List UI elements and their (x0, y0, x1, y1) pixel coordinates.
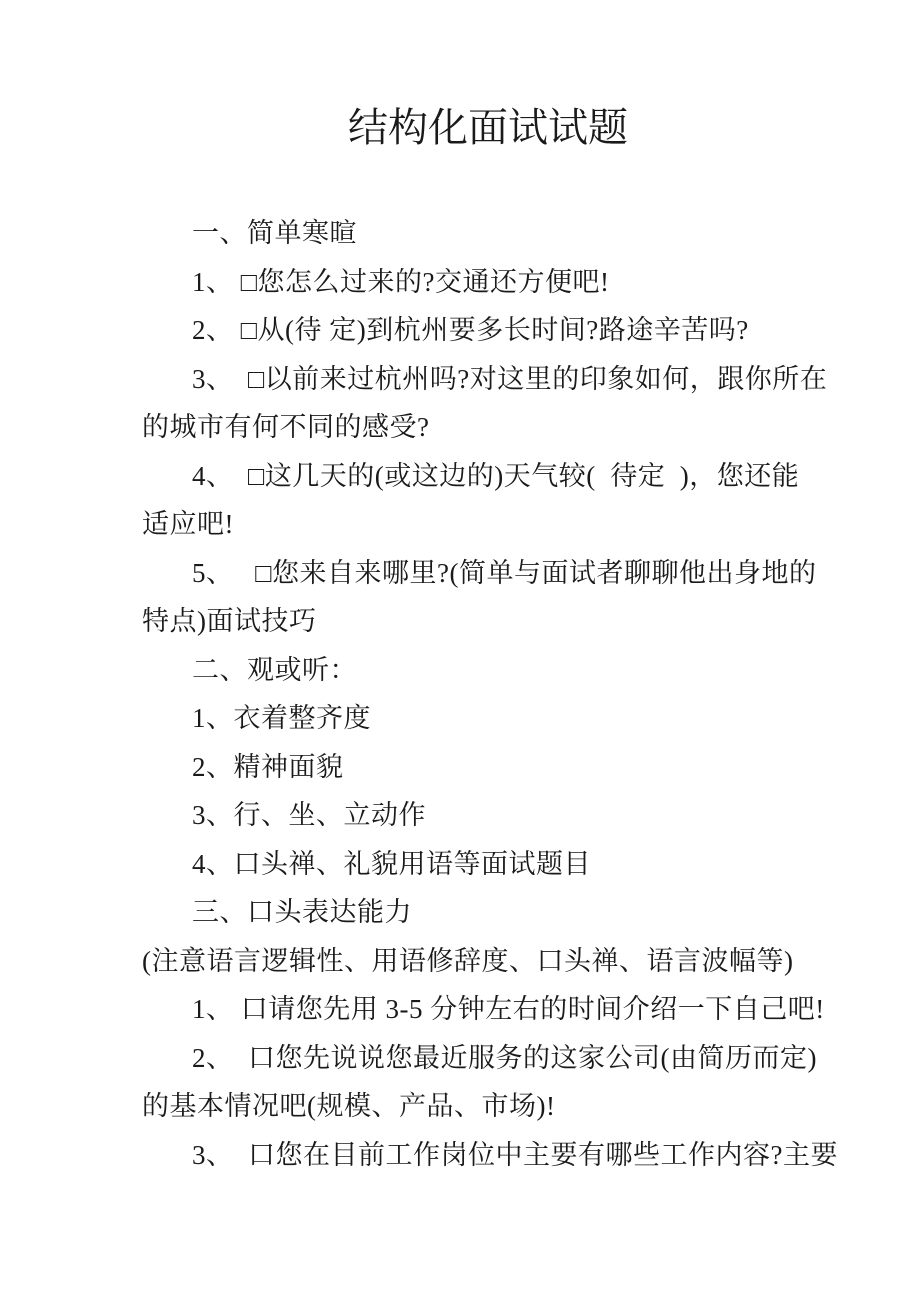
document-line: 1、 □您怎么过来的?交通还方便吧! (142, 258, 882, 307)
document-line: 1、衣着整齐度 (142, 694, 882, 743)
document-line: 2、精神面貌 (142, 743, 882, 792)
document-line: 的城市有何不同的感受? (142, 403, 882, 452)
document-title: 结构化面试试题 (142, 100, 834, 156)
document-line: 1、 口请您先用 3-5 分钟左右的时间介绍一下自己吧! (142, 985, 882, 1034)
document-line: 3、 □以前来过杭州吗?对这里的印象如何，跟你所在 (142, 355, 882, 404)
document-line: 2、 □从(待 定)到杭州要多长时间?路途辛苦吗? (142, 306, 882, 355)
document-line: 4、 □这几天的(或这边的)天气较( 待定 )，您还能 (142, 452, 882, 501)
document-body: 一、简单寒暄1、 □您怎么过来的?交通还方便吧!2、 □从(待 定)到杭州要多长… (142, 209, 882, 1179)
document-line: 一、简单寒暄 (142, 209, 882, 258)
document-line: 的基本情况吧(规模、产品、市场)! (142, 1082, 882, 1131)
document-line: 2、 口您先说说您最近服务的这家公司(由简历而定) (142, 1034, 882, 1083)
document-line: 5、 □您来自来哪里?(简单与面试者聊聊他出身地的 (142, 549, 882, 598)
document-line: 特点)面试技巧 (142, 597, 882, 646)
document-line: 二、观或听： (142, 646, 882, 695)
document-line: 4、口头禅、礼貌用语等面试题目 (142, 840, 882, 889)
document-line: 3、 口您在目前工作岗位中主要有哪些工作内容?主要 (142, 1131, 882, 1180)
document-line: 适应吧! (142, 500, 882, 549)
document-page: 结构化面试试题 一、简单寒暄1、 □您怎么过来的?交通还方便吧!2、 □从(待 … (0, 0, 920, 1302)
document-line: (注意语言逻辑性、用语修辞度、口头禅、语言波幅等) (142, 937, 882, 986)
document-line: 3、行、坐、立动作 (142, 791, 882, 840)
document-line: 三、口头表达能力 (142, 888, 882, 937)
